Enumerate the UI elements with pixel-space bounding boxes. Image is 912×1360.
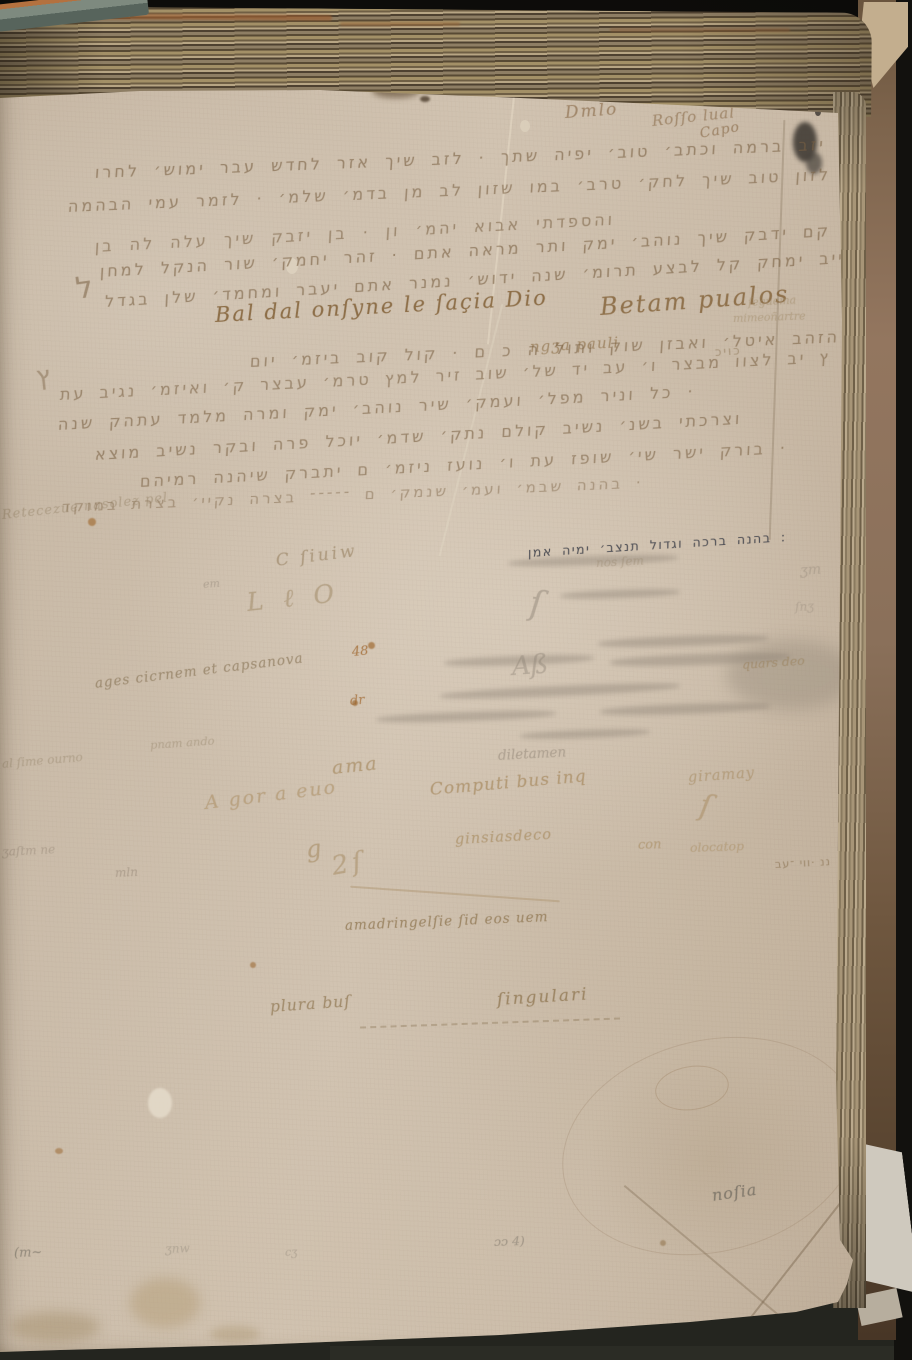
pen-trial: con — [638, 837, 662, 853]
pen-trial-flourish: 2ſ — [329, 846, 368, 881]
water-stain-ring — [539, 1007, 883, 1286]
ink-number: 48 — [351, 644, 369, 660]
latin-pen-trial: ſingulari — [496, 984, 589, 1010]
rust-streak — [610, 28, 790, 32]
ink-mark: dr — [349, 693, 365, 709]
pen-trial: ginsiasdeco — [455, 827, 553, 848]
latin-pen-trial: plura buſ — [269, 992, 351, 1016]
ink-annotation: Dmlo — [564, 99, 619, 123]
paper-chip — [520, 120, 530, 132]
rust-dot — [368, 642, 375, 649]
latin-pen-trial: amadringelſie ſid eos uem — [345, 909, 549, 934]
rust-dot — [88, 518, 96, 526]
rust-dot — [55, 1148, 63, 1154]
pencil-mark: cʒ — [285, 1246, 298, 1259]
smudge-streak — [600, 701, 770, 717]
corner-stain — [130, 1278, 200, 1328]
rust-dot — [660, 1240, 666, 1246]
smudge — [726, 640, 856, 710]
smudge-streak — [560, 588, 680, 600]
faint-text: diletamen — [498, 744, 567, 764]
pencil-inscription: noſia — [711, 1180, 759, 1205]
pen-trial: Computi bus inq — [429, 766, 587, 800]
pen-flourish-tail — [350, 886, 560, 903]
faint-mark: ʒm — [799, 562, 821, 579]
faint-text: al ſime ourno — [1, 750, 83, 771]
faint-mark: ſnʒ — [795, 599, 815, 614]
rust-streak — [340, 22, 460, 26]
faint-text: nos ſem — [596, 554, 645, 570]
pen-trial: ama — [331, 752, 380, 779]
corner-stain — [10, 1312, 100, 1342]
dark-floor-strip — [330, 1346, 912, 1360]
manuscript-page: Dmlo Roſſo lual Capo יזב ברמה וכתב׳ טוב׳… — [0, 0, 912, 1360]
margin-offset-text: ſeguema — [748, 293, 797, 309]
pencil-mark: (m~ — [14, 1245, 43, 1261]
faint-text: em — [203, 577, 221, 591]
smudge-streak — [520, 728, 650, 741]
pen-trial: olocatop — [690, 838, 745, 855]
stain-ring — [652, 1061, 731, 1115]
pen-trial: A gor a euo — [204, 776, 338, 814]
underline-squiggle — [360, 1017, 620, 1028]
margin-offset-text: mimeoñartre — [733, 309, 806, 325]
faint-text: pnam ando — [150, 734, 216, 752]
paper-chip — [148, 1088, 172, 1118]
water-stain — [540, 1010, 880, 1310]
crease-line — [624, 1185, 778, 1315]
pen-trial-descender: ſ — [528, 583, 545, 624]
ghost-letter: Aß — [511, 650, 549, 682]
manuscript-scan: Dmlo Roſſo lual Capo יזב ברמה וכתב׳ טוב׳… — [0, 0, 912, 1360]
faint-text: ʒaſtm ne — [2, 842, 56, 859]
pen-trial-descender: ſ — [697, 788, 714, 824]
smudge-streak — [376, 709, 556, 724]
smudge-streak — [598, 633, 768, 649]
stain — [420, 96, 430, 102]
corner-stain — [210, 1326, 260, 1342]
pen-trial-flourish: L ℓ O — [245, 578, 341, 618]
pen-trial: giramay — [687, 765, 755, 786]
faint-text: quars deo — [741, 653, 805, 672]
pencil-mark: ɔɔ 4) — [494, 1233, 525, 1249]
pen-trial: C ſiuiw — [275, 541, 359, 571]
margin-wavy-text: Retecezue nasolez pel — [1, 491, 169, 523]
rust-dot — [250, 962, 256, 968]
hebrew-small-marks: ננ ·ווי ־עב — [775, 855, 832, 871]
pencil-mark: ʒnw — [165, 1241, 190, 1256]
pen-trial-letter: g — [304, 834, 323, 864]
hebrew-flourish: ל — [74, 270, 96, 307]
hebrew-dark-ink-line: בהנה ברכה וגדול תנצב׳ ימיה אמן : — [528, 529, 787, 560]
smudge-streak — [440, 681, 680, 701]
latin-pen-trial: ages cicrnem et capsanova — [94, 650, 304, 691]
faint-text: mln — [115, 865, 139, 880]
hebrew-flourish: ץ — [34, 361, 51, 392]
